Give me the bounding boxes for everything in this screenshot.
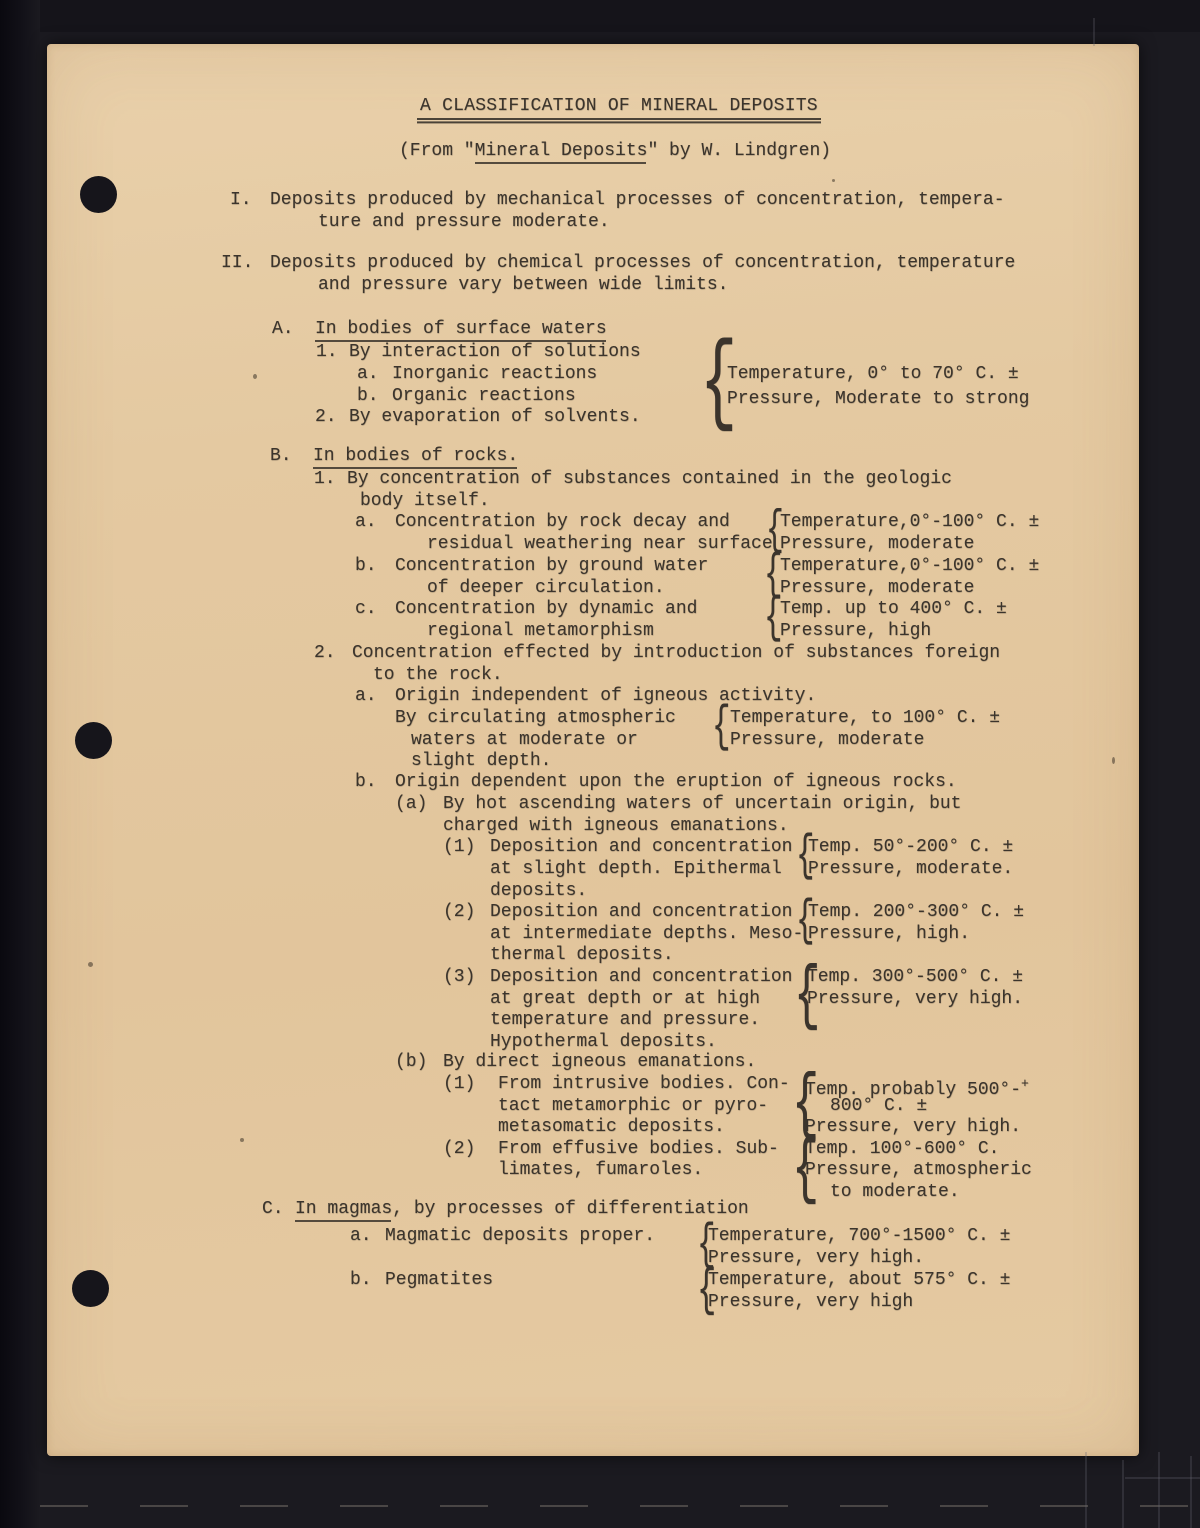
text-line: Pressure, moderate <box>780 578 974 598</box>
text-line: Temperature,0°-100° C. ± <box>780 512 1039 532</box>
text-line: Pressure, Moderate to strong <box>727 389 1029 409</box>
text-segment: b. <box>355 556 377 576</box>
text-line: Pressure, very high. <box>807 989 1023 1009</box>
text-line: Pressure, atmospheric <box>805 1160 1032 1180</box>
brace-mark: { <box>794 963 820 1031</box>
text-line: Deposits produced by mechanical processe… <box>270 190 1005 210</box>
text-segment: Pressure, moderate <box>730 730 924 750</box>
text-line: II. <box>221 253 253 273</box>
text-segment: Temp. up to 400° C. ± <box>780 599 1007 619</box>
text-segment: In bodies of rocks. <box>313 446 518 466</box>
text-segment: (1) <box>443 837 475 857</box>
text-segment: Pressure, very high <box>708 1292 913 1312</box>
text-line: a. <box>355 686 377 706</box>
text-segment: Deposits produced by mechanical processe… <box>270 190 1005 210</box>
text-line: Deposition and concentration <box>490 967 792 987</box>
scan-artifact-scratch <box>1085 1452 1087 1528</box>
text-segment: Deposition and concentration <box>490 967 792 987</box>
brace-mark: { <box>712 704 731 752</box>
text-segment: By concentration of substances contained… <box>347 469 952 489</box>
scanned-document-scene: A CLASSIFICATION OF MINERAL DEPOSITS(Fro… <box>0 0 1200 1528</box>
text-line: deposits. <box>490 881 587 901</box>
text-segment: Pressure, high. <box>808 924 970 944</box>
text-line: Temperature, to 100° C. ± <box>730 708 1000 728</box>
text-line: (a) <box>395 794 427 814</box>
text-segment: Pressure, Moderate to strong <box>727 389 1029 409</box>
scan-artifact-scratch <box>1125 1477 1200 1479</box>
text-segment: metasomatic deposits. <box>498 1117 725 1137</box>
text-line: (2) <box>443 902 475 922</box>
brace-mark: { <box>697 1266 716 1316</box>
text-segment: and pressure vary between wide limits. <box>318 275 728 295</box>
text-line: Inorganic reactions <box>392 364 597 384</box>
text-line: metasomatic deposits. <box>498 1117 725 1137</box>
scan-artifact-scratch <box>1190 1456 1192 1528</box>
text-line: to the rock. <box>373 665 503 685</box>
text-line: b. <box>350 1270 372 1290</box>
text-segment: Temperature,0°-100° C. ± <box>780 556 1039 576</box>
text-line: ture and pressure moderate. <box>318 212 610 232</box>
text-segment: Deposits produced by chemical processes … <box>270 253 1015 273</box>
text-segment: body itself. <box>360 491 490 511</box>
text-segment: a. <box>355 686 377 706</box>
text-segment: regional metamorphism <box>427 621 654 641</box>
text-line: Temp. 50°-200° C. ± <box>808 837 1013 857</box>
document-text-layer: A CLASSIFICATION OF MINERAL DEPOSITS(Fro… <box>0 0 1200 1528</box>
scan-artifact-scratch <box>1093 18 1095 46</box>
text-segment: Pegmatites <box>385 1270 493 1290</box>
scan-artifact-scratch <box>1122 1460 1124 1528</box>
text-segment: From intrusive bodies. Con- <box>498 1074 790 1094</box>
text-segment: residual weathering near surface <box>427 534 773 554</box>
text-line: Deposition and concentration <box>490 902 792 922</box>
text-segment: In magmas <box>295 1199 392 1219</box>
text-line: residual weathering near surface <box>427 534 773 554</box>
text-segment: Temperature,0°-100° C. ± <box>780 512 1039 532</box>
text-line: Temp. 200°-300° C. ± <box>808 902 1024 922</box>
text-line: of deeper circulation. <box>427 578 665 598</box>
text-line: Pressure, very high. <box>805 1117 1021 1137</box>
text-line: Origin dependent upon the eruption of ig… <box>395 772 957 792</box>
text-line: Concentration by ground water <box>395 556 708 576</box>
text-segment: Pressure, moderate <box>780 534 974 554</box>
text-segment: temperature and pressure. <box>490 1010 760 1030</box>
text-segment: Concentration by rock decay and <box>395 512 730 532</box>
text-segment: A CLASSIFICATION OF MINERAL DEPOSITS <box>420 96 818 116</box>
text-line: Magmatic deposits proper. <box>385 1226 655 1246</box>
text-segment: 2. <box>315 407 337 427</box>
text-line: thermal deposits. <box>490 945 674 965</box>
text-segment: Concentration effected by introduction o… <box>352 643 1000 663</box>
text-line: In magmas, by processes of differentiati… <box>295 1199 749 1219</box>
text-line: (1) <box>443 837 475 857</box>
text-segment: 1. <box>316 342 338 362</box>
text-line: charged with igneous emanations. <box>443 816 789 836</box>
text-line: By concentration of substances contained… <box>347 469 952 489</box>
text-segment: By hot ascending waters of uncertain ori… <box>443 794 961 814</box>
text-segment: Organic reactions <box>392 386 576 406</box>
text-segment: A. <box>272 319 294 339</box>
text-segment: (b) <box>395 1052 427 1072</box>
text-line: By evaporation of solvents. <box>349 407 641 427</box>
brace-mark: { <box>796 898 815 946</box>
text-line: Temp. 300°-500° C. ± <box>807 967 1023 987</box>
text-segment: + <box>1021 1074 1029 1094</box>
text-segment: c. <box>355 599 377 619</box>
text-line: Pressure, very high <box>708 1292 913 1312</box>
text-segment: Pressure, moderate. <box>808 859 1013 879</box>
text-line: limates, fumaroles. <box>498 1160 703 1180</box>
text-line: a. <box>355 512 377 532</box>
text-segment: b. <box>350 1270 372 1290</box>
text-line: b. <box>357 386 379 406</box>
text-line: Temperature,0°-100° C. ± <box>780 556 1039 576</box>
text-segment: ture and pressure moderate. <box>318 212 610 232</box>
text-segment: a. <box>357 364 379 384</box>
text-segment: Temperature, 0° to 70° C. ± <box>727 364 1019 384</box>
text-segment: charged with igneous emanations. <box>443 816 789 836</box>
text-segment: Hypothermal deposits. <box>490 1032 717 1052</box>
text-segment: Temp. 300°-500° C. ± <box>807 967 1023 987</box>
text-segment: Pressure, very high. <box>805 1117 1021 1137</box>
text-line: slight depth. <box>411 751 551 771</box>
text-line: waters at moderate or <box>411 730 638 750</box>
brace-mark: { <box>764 595 783 643</box>
text-segment: at great depth or at high <box>490 989 760 1009</box>
text-segment: (2) <box>443 902 475 922</box>
brace-mark: { <box>796 833 815 881</box>
text-segment: Temp. 200°-300° C. ± <box>808 902 1024 922</box>
text-line: 2. <box>314 643 336 663</box>
text-line: (1) <box>443 1074 475 1094</box>
text-segment: b. <box>357 386 379 406</box>
scan-artifact-scratch <box>1158 1452 1160 1528</box>
text-line: (b) <box>395 1052 427 1072</box>
text-segment: Pressure, very high. <box>807 989 1023 1009</box>
text-line: 1. <box>314 469 336 489</box>
text-segment: (a) <box>395 794 427 814</box>
text-segment: Concentration by dynamic and <box>395 599 697 619</box>
text-segment: 2. <box>314 643 336 663</box>
text-line: Temperature, 0° to 70° C. ± <box>727 364 1019 384</box>
scan-artifact-dashes <box>40 1505 1190 1507</box>
text-segment: limates, fumaroles. <box>498 1160 703 1180</box>
text-segment: b. <box>355 772 377 792</box>
text-segment: at intermediate depths. Meso- <box>490 924 803 944</box>
text-line: temperature and pressure. <box>490 1010 760 1030</box>
text-line: a. <box>350 1226 372 1246</box>
text-segment: waters at moderate or <box>411 730 638 750</box>
text-segment: " by W. Lindgren) <box>647 141 831 161</box>
text-line: Pressure, very high. <box>708 1248 924 1268</box>
text-segment: B. <box>270 446 292 466</box>
text-segment: (2) <box>443 1139 475 1159</box>
text-segment: In bodies of surface waters <box>315 319 607 339</box>
text-line: C. <box>262 1199 284 1219</box>
text-line: (3) <box>443 967 475 987</box>
text-line: body itself. <box>360 491 490 511</box>
text-segment: Mineral Deposits <box>475 141 648 161</box>
text-line: b. <box>355 556 377 576</box>
text-line: at intermediate depths. Meso- <box>490 924 803 944</box>
text-segment: By interaction of solutions <box>349 342 641 362</box>
text-segment: slight depth. <box>411 751 551 771</box>
text-line: at great depth or at high <box>490 989 760 1009</box>
text-line: Deposition and concentration <box>490 837 792 857</box>
text-segment: a. <box>355 512 377 532</box>
text-segment: Temperature, to 100° C. ± <box>730 708 1000 728</box>
text-line: a. <box>357 364 379 384</box>
text-line: In bodies of rocks. <box>313 446 518 466</box>
text-line: 2. <box>315 407 337 427</box>
text-line: Organic reactions <box>392 386 576 406</box>
text-line: By circulating atmospheric <box>395 708 676 728</box>
text-line: c. <box>355 599 377 619</box>
text-segment: Temp. 100°-600° C. <box>805 1139 999 1159</box>
text-segment: to the rock. <box>373 665 503 685</box>
text-segment: Inorganic reactions <box>392 364 597 384</box>
text-segment: Pressure, high <box>780 621 931 641</box>
text-segment: Deposition and concentration <box>490 837 792 857</box>
text-segment: I. <box>230 190 252 210</box>
text-segment: Temperature, 700°-1500° C. ± <box>708 1226 1010 1246</box>
text-line: to moderate. <box>830 1182 960 1202</box>
text-segment: Pressure, moderate <box>780 578 974 598</box>
text-line: Temp. 100°-600° C. <box>805 1139 999 1159</box>
text-segment: 1. <box>314 469 336 489</box>
text-line: A. <box>272 319 294 339</box>
text-line: By interaction of solutions <box>349 342 641 362</box>
text-line: In bodies of surface waters <box>315 319 607 339</box>
text-segment: 800° C. ± <box>830 1096 927 1116</box>
text-line: and pressure vary between wide limits. <box>318 275 728 295</box>
text-segment: a. <box>350 1226 372 1246</box>
text-line: Hypothermal deposits. <box>490 1032 717 1052</box>
text-segment: By evaporation of solvents. <box>349 407 641 427</box>
text-segment: , by processes of differentiation <box>392 1199 748 1219</box>
document-title: A CLASSIFICATION OF MINERAL DEPOSITS <box>420 96 818 116</box>
text-line: By hot ascending waters of uncertain ori… <box>443 794 961 814</box>
text-line: Deposits produced by chemical processes … <box>270 253 1015 273</box>
text-line: Pressure, high <box>780 621 931 641</box>
text-line: Pressure, moderate <box>730 730 924 750</box>
text-line: Temp. up to 400° C. ± <box>780 599 1007 619</box>
text-segment: Pressure, atmospheric <box>805 1160 1032 1180</box>
text-line: I. <box>230 190 252 210</box>
text-segment: Deposition and concentration <box>490 902 792 922</box>
text-line: Pressure, moderate. <box>808 859 1013 879</box>
text-segment: (1) <box>443 1074 475 1094</box>
text-line: From effusive bodies. Sub- <box>498 1139 779 1159</box>
text-segment: Pressure, very high. <box>708 1248 924 1268</box>
text-segment: of deeper circulation. <box>427 578 665 598</box>
attribution: (From "Mineral Deposits" by W. Lindgren) <box>399 141 831 161</box>
text-line: B. <box>270 446 292 466</box>
text-segment: at slight depth. Epithermal <box>490 859 782 879</box>
text-segment: Origin independent of igneous activity. <box>395 686 816 706</box>
text-segment: to moderate. <box>830 1182 960 1202</box>
text-line: By direct igneous emanations. <box>443 1052 756 1072</box>
text-line: Pressure, moderate <box>780 534 974 554</box>
text-line: Temperature, 700°-1500° C. ± <box>708 1226 1010 1246</box>
brace-mark: { <box>700 337 737 433</box>
text-segment: (From " <box>399 141 475 161</box>
text-segment: C. <box>262 1199 284 1219</box>
text-line: tact metamorphic or pyro- <box>498 1096 768 1116</box>
text-segment: Origin dependent upon the eruption of ig… <box>395 772 957 792</box>
text-segment: (3) <box>443 967 475 987</box>
text-line: 800° C. ± <box>830 1096 927 1116</box>
text-segment: deposits. <box>490 881 587 901</box>
text-line: at slight depth. Epithermal <box>490 859 782 879</box>
text-segment: II. <box>221 253 253 273</box>
text-line: Origin independent of igneous activity. <box>395 686 816 706</box>
text-segment: thermal deposits. <box>490 945 674 965</box>
text-line: 1. <box>316 342 338 362</box>
text-line: (2) <box>443 1139 475 1159</box>
text-segment: By circulating atmospheric <box>395 708 676 728</box>
text-line: Pegmatites <box>385 1270 493 1290</box>
text-line: From intrusive bodies. Con- <box>498 1074 790 1094</box>
text-line: Concentration by rock decay and <box>395 512 730 532</box>
text-segment: tact metamorphic or pyro- <box>498 1096 768 1116</box>
text-line: b. <box>355 772 377 792</box>
text-segment: Temperature, about 575° C. ± <box>708 1270 1010 1290</box>
text-line: Concentration effected by introduction o… <box>352 643 1000 663</box>
text-line: Temperature, about 575° C. ± <box>708 1270 1010 1290</box>
text-line: Concentration by dynamic and <box>395 599 697 619</box>
text-segment: From effusive bodies. Sub- <box>498 1139 779 1159</box>
text-segment: Temp. 50°-200° C. ± <box>808 837 1013 857</box>
text-line: regional metamorphism <box>427 621 654 641</box>
text-line: Pressure, high. <box>808 924 970 944</box>
text-segment: By direct igneous emanations. <box>443 1052 756 1072</box>
text-segment: Magmatic deposits proper. <box>385 1226 655 1246</box>
brace-mark: { <box>792 1135 819 1205</box>
text-segment: Concentration by ground water <box>395 556 708 576</box>
